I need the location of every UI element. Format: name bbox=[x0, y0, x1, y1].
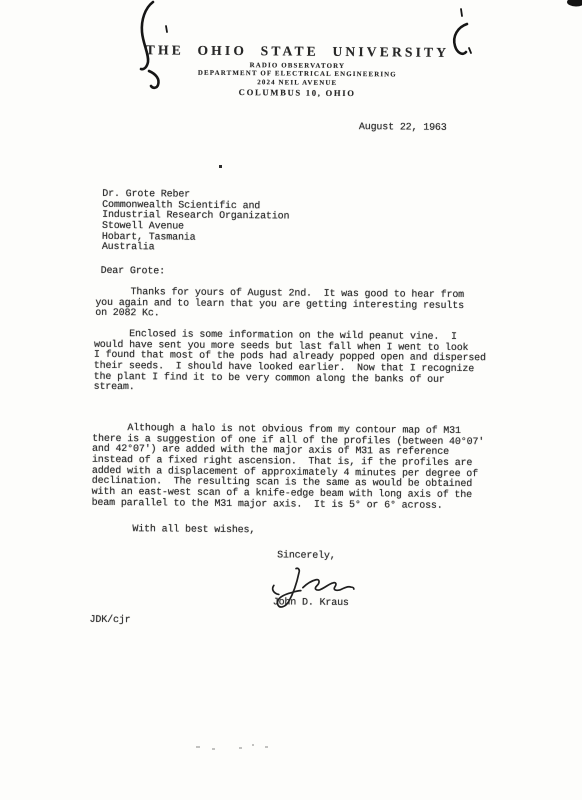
closing-valediction: Sincerely, bbox=[277, 551, 336, 562]
date-line: August 22, 1963 bbox=[359, 123, 447, 134]
salutation: Dear Grote: bbox=[101, 267, 165, 278]
typist-initials: JDK/cjr bbox=[90, 616, 131, 627]
signature-ohn-stroke-icon bbox=[303, 579, 354, 590]
letterhead-university: THE OHIO STATE UNIVERSITY bbox=[6, 41, 582, 62]
paragraph-1: Thanks for yours of August 2nd. It was g… bbox=[95, 288, 464, 323]
paragraph-3: Although a halo is not obvious from my c… bbox=[92, 424, 485, 513]
paragraph-2: Enclosed is some information on the wild… bbox=[94, 330, 487, 397]
scanned-letter: THE OHIO STATE UNIVERSITY RADIO OBSERVAT… bbox=[0, 0, 582, 800]
recipient-address-block: Dr. Grote Reber Commonwealth Scientific … bbox=[102, 190, 290, 256]
handwritten-signature-icon bbox=[0, 0, 582, 800]
letter-page: THE OHIO STATE UNIVERSITY RADIO OBSERVAT… bbox=[0, 0, 582, 800]
signature-lead-hook-icon bbox=[273, 585, 279, 594]
closing-courtesy: With all best wishes, bbox=[132, 525, 255, 537]
typed-signature-name: John D. Kraus bbox=[273, 598, 349, 609]
